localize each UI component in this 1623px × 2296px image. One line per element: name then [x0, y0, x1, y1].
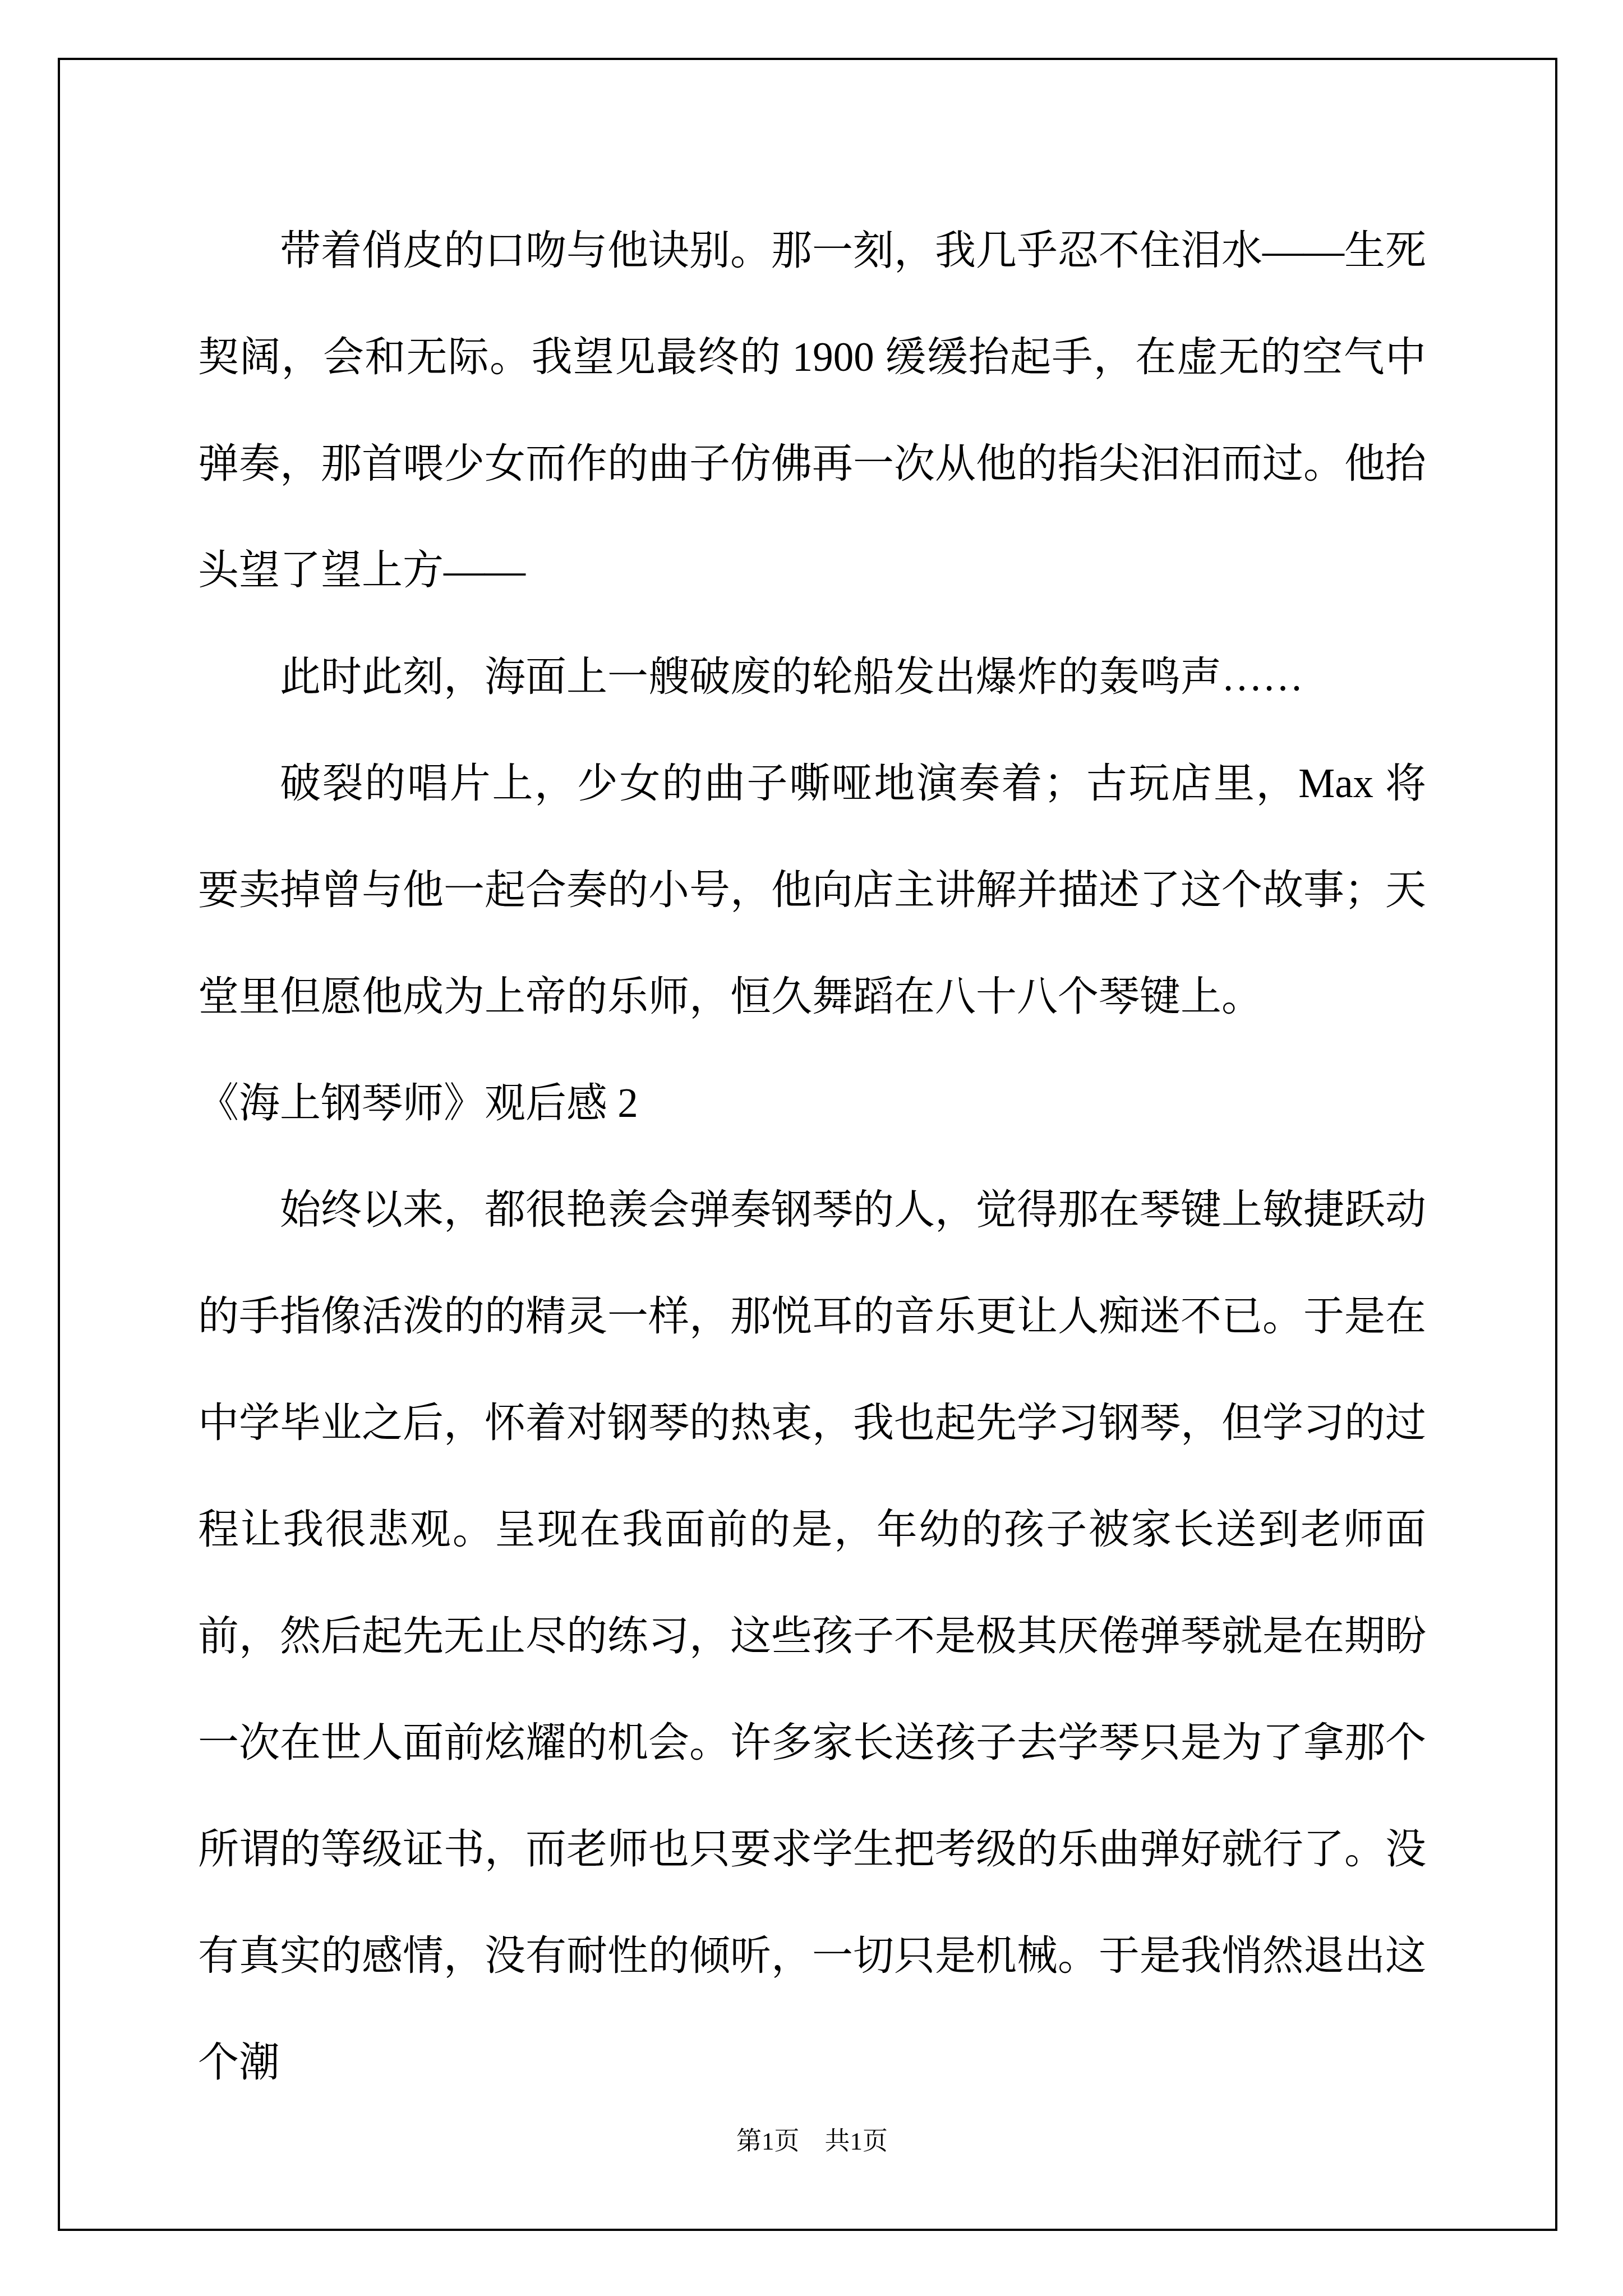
section-heading: 《海上钢琴师》观后感 2	[198, 1050, 1426, 1157]
document-body: 带着俏皮的口吻与他诀别。那一刻，我几乎忍不住泪水——生死契阔，会和无际。我望见最…	[198, 197, 1426, 2116]
page-footer: 第1页 共1页	[198, 2127, 1426, 2155]
body-paragraph: 带着俏皮的口吻与他诀别。那一刻，我几乎忍不住泪水——生死契阔，会和无际。我望见最…	[198, 197, 1426, 624]
document-page: 带着俏皮的口吻与他诀别。那一刻，我几乎忍不住泪水——生死契阔，会和无际。我望见最…	[0, 0, 1623, 2296]
body-paragraph: 始终以来，都很艳羡会弹奏钢琴的人，觉得那在琴键上敏捷跃动的手指像活泼的的精灵一样…	[198, 1157, 1426, 2116]
body-paragraph: 破裂的唱片上，少女的曲子嘶哑地演奏着；古玩店里，Max 将要卖掉曾与他一起合奏的…	[198, 730, 1426, 1050]
body-paragraph: 此时此刻，海面上一艘破废的轮船发出爆炸的轰鸣声……	[198, 624, 1426, 730]
